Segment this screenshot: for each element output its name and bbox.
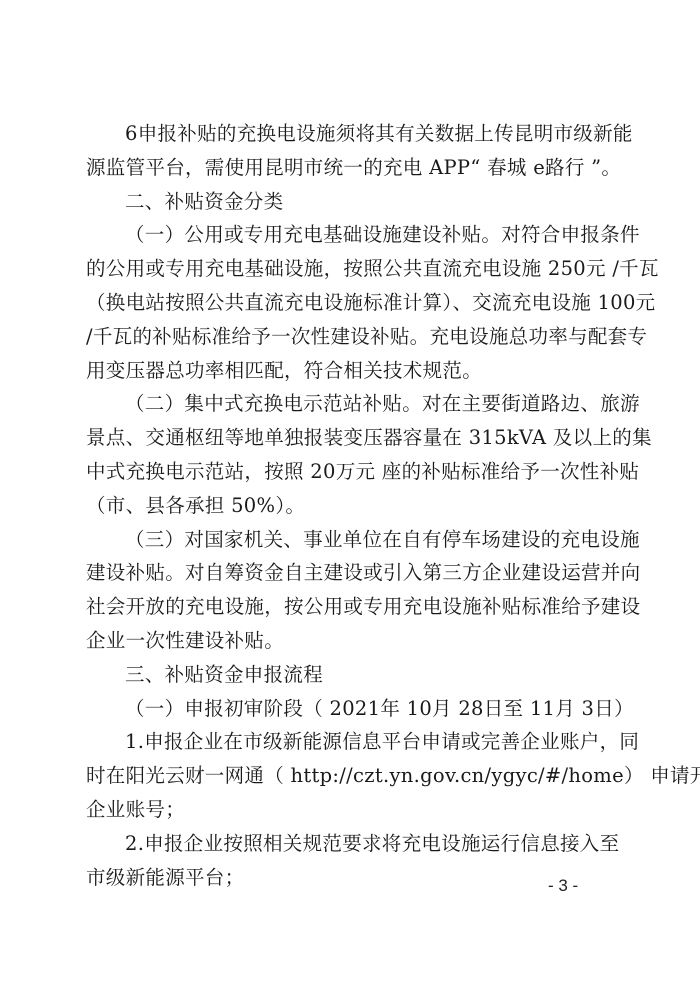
- text-line: （三）对国家机关、事业单位在自有停车场建设的充电设施: [86, 523, 616, 557]
- text-line: 源监管平台，需使用昆明市统一的充电 APP“ 春城 e路行 ”。: [86, 151, 616, 185]
- heading-line: 三、补贴资金申报流程: [86, 658, 616, 692]
- paragraph-category-2: （二）集中式充换电示范站补贴。对在主要街道路边、旅游 景点、交通枢纽等地单独报装…: [86, 387, 616, 522]
- heading-line: 二、补贴资金分类: [86, 185, 616, 219]
- text-line: /千瓦的补贴标准给予一次性建设补贴。充电设施总功率与配套专: [86, 320, 616, 354]
- text-line: 1.申报企业在市级新能源信息平台申请或完善企业账户，同: [86, 725, 616, 759]
- text-line: （市、县各承担 50%）。: [86, 489, 616, 523]
- paragraph-data-upload: 6申报补贴的充换电设施须将其有关数据上传昆明市级新能 源监管平台，需使用昆明市统…: [86, 117, 616, 185]
- text-line: 市级新能源平台；: [86, 861, 616, 895]
- section-heading-subsidy-categories: 二、补贴资金分类: [86, 185, 616, 219]
- text-line: （一）公用或专用充电基础设施建设补贴。对符合申报条件: [86, 218, 616, 252]
- paragraph-category-1: （一）公用或专用充电基础设施建设补贴。对符合申报条件 的公用或专用充电基础设施，…: [86, 218, 616, 387]
- page-number: - 3 -: [548, 876, 578, 896]
- text-line: 2.申报企业按照相关规范要求将充电设施运行信息接入至: [86, 827, 616, 861]
- text-line: （二）集中式充换电示范站补贴。对在主要街道路边、旅游: [86, 387, 616, 421]
- text-line: 建设补贴。对自筹资金自主建设或引入第三方企业建设运营并向: [86, 556, 616, 590]
- list-item-2: 2.申报企业按照相关规范要求将充电设施运行信息接入至 市级新能源平台；: [86, 827, 616, 895]
- text-line: 中式充换电示范站，按照 20万元 座的补贴标准给予一次性补贴: [86, 455, 616, 489]
- text-line: 景点、交通枢纽等地单独报装变压器容量在 315kVA 及以上的集: [86, 421, 616, 455]
- text-line: 企业一次性建设补贴。: [86, 624, 616, 658]
- text-line: 企业账号；: [86, 793, 616, 827]
- paragraph-category-3: （三）对国家机关、事业单位在自有停车场建设的充电设施 建设补贴。对自筹资金自主建…: [86, 523, 616, 658]
- text-line: 用变压器总功率相匹配，符合相关技术规范。: [86, 354, 616, 388]
- section-heading-application-process: 三、补贴资金申报流程: [86, 658, 616, 692]
- subsection-preliminary-review: （一）申报初审阶段（ 2021年 10月 28日至 11月 3日）: [86, 692, 616, 726]
- list-item-1: 1.申报企业在市级新能源信息平台申请或完善企业账户，同 时在阳光云财一网通（ h…: [86, 725, 616, 826]
- text-line-with-url: 时在阳光云财一网通（ http://czt.yn.gov.cn/ygyc/#/h…: [86, 759, 616, 793]
- text-line: 6申报补贴的充换电设施须将其有关数据上传昆明市级新能: [86, 117, 616, 151]
- document-page: 6申报补贴的充换电设施须将其有关数据上传昆明市级新能 源监管平台，需使用昆明市统…: [86, 117, 616, 894]
- text-line: 社会开放的充电设施，按公用或专用充电设施补贴标准给予建设: [86, 590, 616, 624]
- subheading-line: （一）申报初审阶段（ 2021年 10月 28日至 11月 3日）: [86, 692, 616, 726]
- text-line: （换电站按照公共直流充电设施标准计算）、交流充电设施 100元: [86, 286, 616, 320]
- text-line: 的公用或专用充电基础设施，按照公共直流充电设施 250元 /千瓦: [86, 252, 616, 286]
